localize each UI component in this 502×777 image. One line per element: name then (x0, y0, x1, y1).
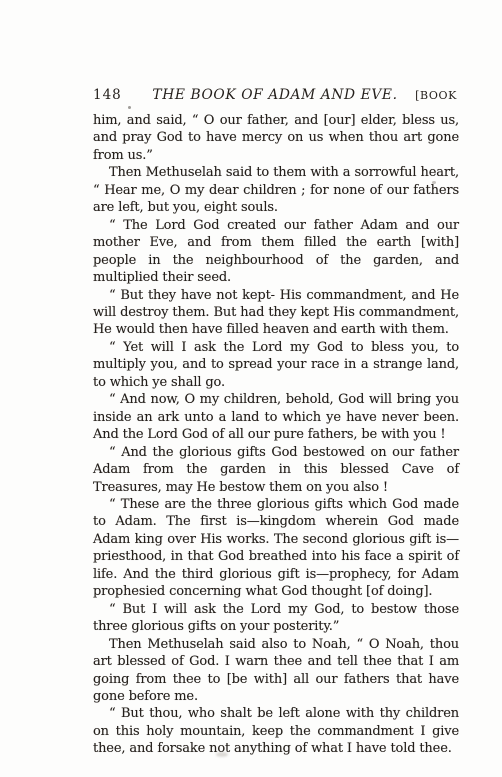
paragraph: “ And now, O my children, behold, God wi… (93, 391, 459, 443)
paragraph: “ But thou, who shalt be left alone with… (93, 705, 459, 757)
scanned-book-page: 148 THE BOOK OF ADAM AND EVE. [BOOK him,… (0, 0, 502, 777)
paragraph: “ And the glorious gifts God bestowed on… (93, 444, 459, 496)
paragraph: “ These are the three glorious gifts whi… (93, 496, 459, 601)
section-marker: [BOOK (415, 89, 457, 102)
paragraph: him, and said, “ O our father, and [our]… (93, 112, 459, 164)
running-title: THE BOOK OF ADAM AND EVE. (152, 87, 397, 103)
paragraph: “ Yet will I ask the Lord my God to bles… (93, 339, 459, 391)
scan-artifact-dot (128, 106, 131, 109)
paragraph: “ The Lord God created our father Adam a… (93, 217, 459, 287)
page-number: 148 (93, 87, 122, 103)
page-body: him, and said, “ O our father, and [our]… (93, 112, 459, 758)
paragraph: “ But they have not kept- His commandmen… (93, 287, 459, 339)
paragraph: Then Methuselah said to them with a sorr… (93, 164, 459, 216)
paragraph: Then Methuselah said also to Noah, “ O N… (93, 636, 459, 706)
paragraph: “ But I will ask the Lord my God, to bes… (93, 601, 459, 636)
page-header: 148 THE BOOK OF ADAM AND EVE. [BOOK (93, 87, 457, 105)
